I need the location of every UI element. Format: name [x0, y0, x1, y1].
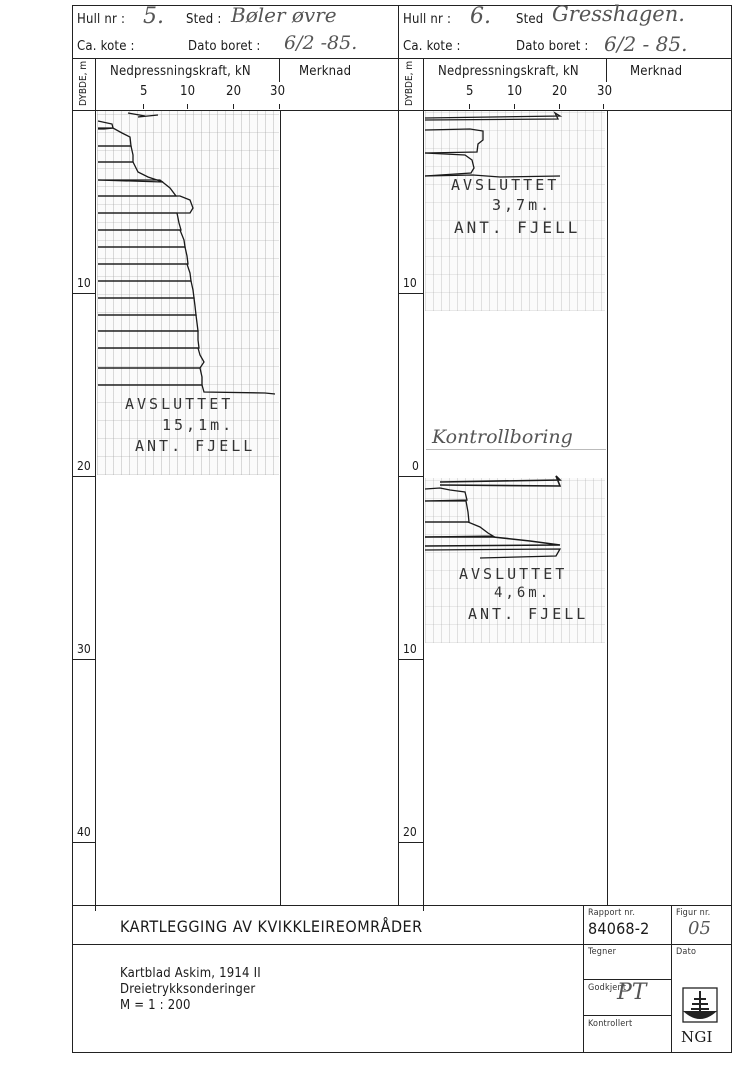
sounding-curve-right	[0, 0, 739, 1067]
control-underline	[426, 449, 606, 450]
dato-label: Dato	[676, 947, 696, 957]
control-note-depth: 4,6m.	[494, 585, 551, 601]
depth-tick	[398, 293, 423, 294]
row-divider	[583, 944, 732, 945]
rapport-value: 84068-2	[588, 919, 650, 938]
title-divider	[72, 944, 583, 945]
godkjent-initials: PT	[617, 980, 646, 1005]
title-block-top	[72, 905, 732, 906]
rapport-label: Rapport nr.	[588, 908, 635, 918]
row-divider	[583, 1015, 672, 1016]
control-note-line3: ANT. FJELL	[468, 605, 588, 623]
figur-value: 05	[688, 918, 711, 939]
depth-label-10b: 10	[403, 642, 417, 656]
depth-label-0: 0	[412, 459, 419, 473]
project-title: KARTLEGGING AV KVIKKLEIREOMRÅDER	[120, 917, 423, 936]
tree-icon	[680, 985, 724, 1025]
figur-label: Figur nr.	[676, 908, 710, 918]
depth-tick	[398, 476, 423, 477]
termination-note-line3: ANT. FJELL	[454, 218, 580, 237]
ngi-logo-text: NGI	[681, 1028, 713, 1046]
control-note-line1: AVSLUTTET	[459, 565, 567, 583]
description-line-3: M = 1 : 200	[120, 998, 191, 1013]
termination-note-depth: 3,7m.	[492, 196, 552, 214]
description-line-2: Dreietrykksonderinger	[120, 982, 255, 997]
depth-label-20: 20	[403, 825, 417, 839]
depth-tick	[398, 659, 423, 660]
description-line-1: Kartblad Askim, 1914 II	[120, 966, 261, 981]
depth-label-10: 10	[403, 276, 417, 290]
kontrollert-label: Kontrollert	[588, 1019, 632, 1029]
depth-tick	[398, 842, 423, 843]
control-boring-label: Kontrollboring	[432, 426, 573, 448]
termination-note-line1: AVSLUTTET	[451, 176, 559, 194]
tegner-label: Tegner	[588, 947, 616, 957]
